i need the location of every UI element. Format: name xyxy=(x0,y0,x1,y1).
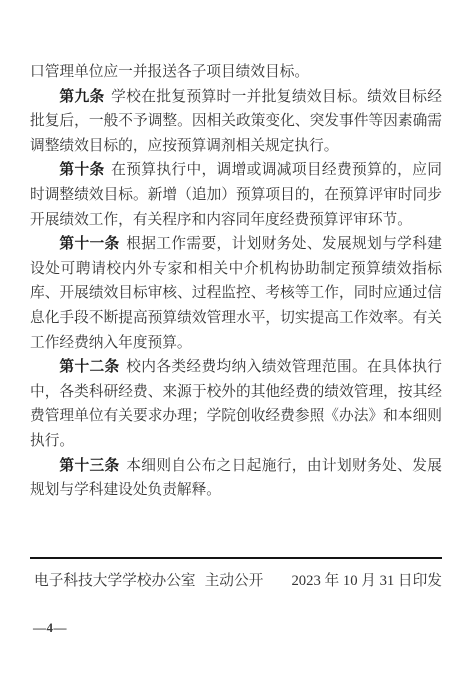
article-number: 第十一条 xyxy=(59,236,119,252)
paragraph: 第九条学校在批复预算时一并批复绩效目标。绩效目标经批复后，一般不予调整。因相关政… xyxy=(30,85,442,159)
footer-divider xyxy=(30,557,442,559)
paragraph: 第十二条校内各类经费均纳入绩效管理范围。在具体执行中，各类科研经费、来源于校外的… xyxy=(30,355,442,453)
document-body: 口管理单位应一并报送各子项目绩效目标。第九条学校在批复预算时一并批复绩效目标。绩… xyxy=(30,60,442,503)
article-number: 第九条 xyxy=(59,89,104,105)
page-number: —4— xyxy=(33,620,67,636)
paragraph: 口管理单位应一并报送各子项目绩效目标。 xyxy=(30,60,442,85)
article-number: 第十条 xyxy=(59,162,104,178)
footer-print-date: 2023 年 10 月 31 日印发 xyxy=(291,571,442,591)
footer-left: 电子科技大学学校办公室 主动公开 xyxy=(34,571,263,591)
article-number: 第十三条 xyxy=(59,458,119,474)
document-page: 口管理单位应一并报送各子项目绩效目标。第九条学校在批复预算时一并批复绩效目标。绩… xyxy=(0,0,473,682)
paragraph: 第十条在预算执行中，调增或调减项目经费预算的，应同时调整绩效目标。新增（追加）预… xyxy=(30,158,442,232)
footer-disclosure: 主动公开 xyxy=(205,571,264,591)
paragraph: 第十一条根据工作需要，计划财务处、发展规划与学科建设处可聘请校内外专家和相关中介… xyxy=(30,232,442,355)
paragraph: 第十三条本细则自公布之日起施行，由计划财务处、发展规划与学科建设处负责解释。 xyxy=(30,454,442,503)
article-number: 第十二条 xyxy=(59,359,119,375)
footer: 电子科技大学学校办公室 主动公开 2023 年 10 月 31 日印发 xyxy=(34,571,442,591)
footer-issuer: 电子科技大学学校办公室 xyxy=(34,571,196,591)
